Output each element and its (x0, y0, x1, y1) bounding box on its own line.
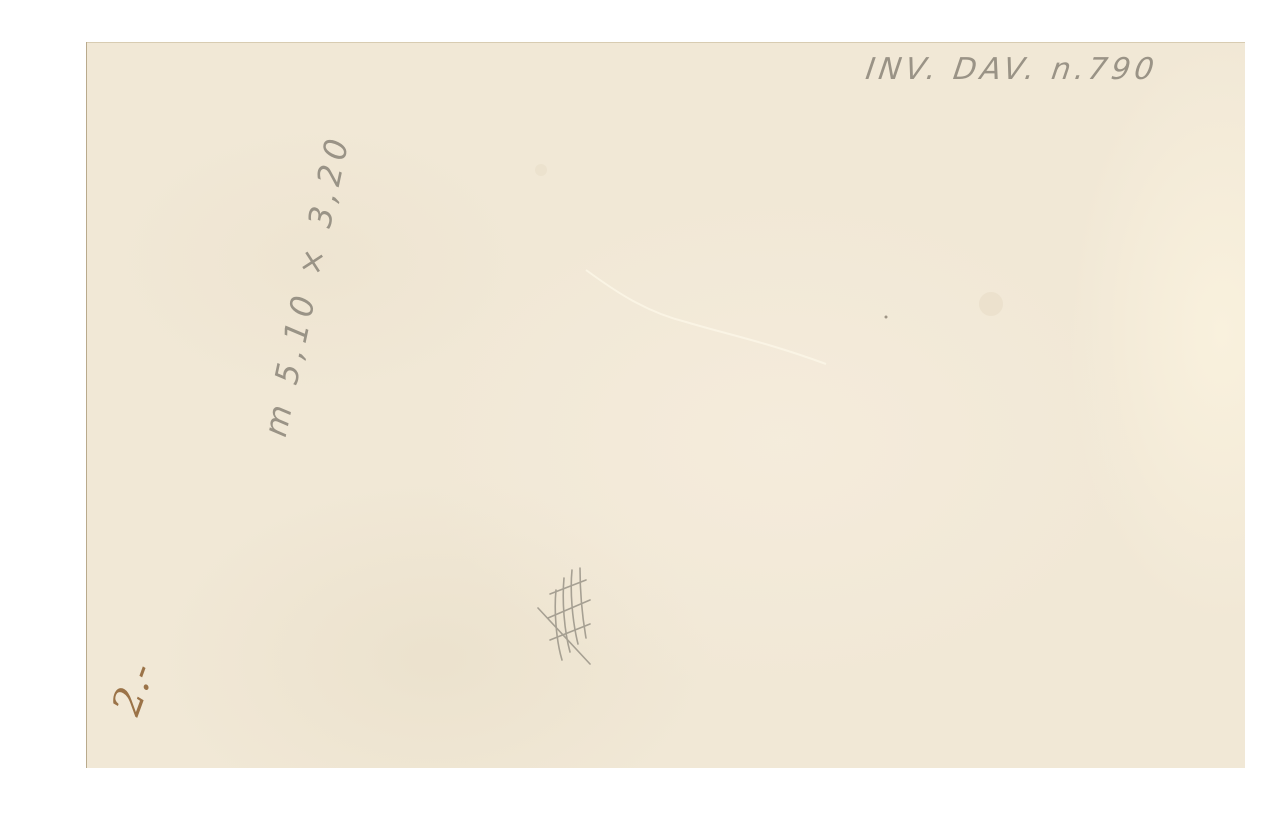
photo-card-verso: INV. DAV. n.790 m 5,10 × 3,20 2.- (86, 42, 1245, 768)
scan-background: INV. DAV. n.790 m 5,10 × 3,20 2.- (0, 0, 1280, 833)
paper-crease-mark (86, 42, 1245, 768)
crossed-out-annotation (536, 560, 592, 668)
price-annotation: 2.- (103, 657, 164, 721)
dimensions-annotation: m 5,10 × 3,20 (256, 130, 357, 440)
inventory-number-annotation: INV. DAV. n.790 (864, 52, 1160, 87)
